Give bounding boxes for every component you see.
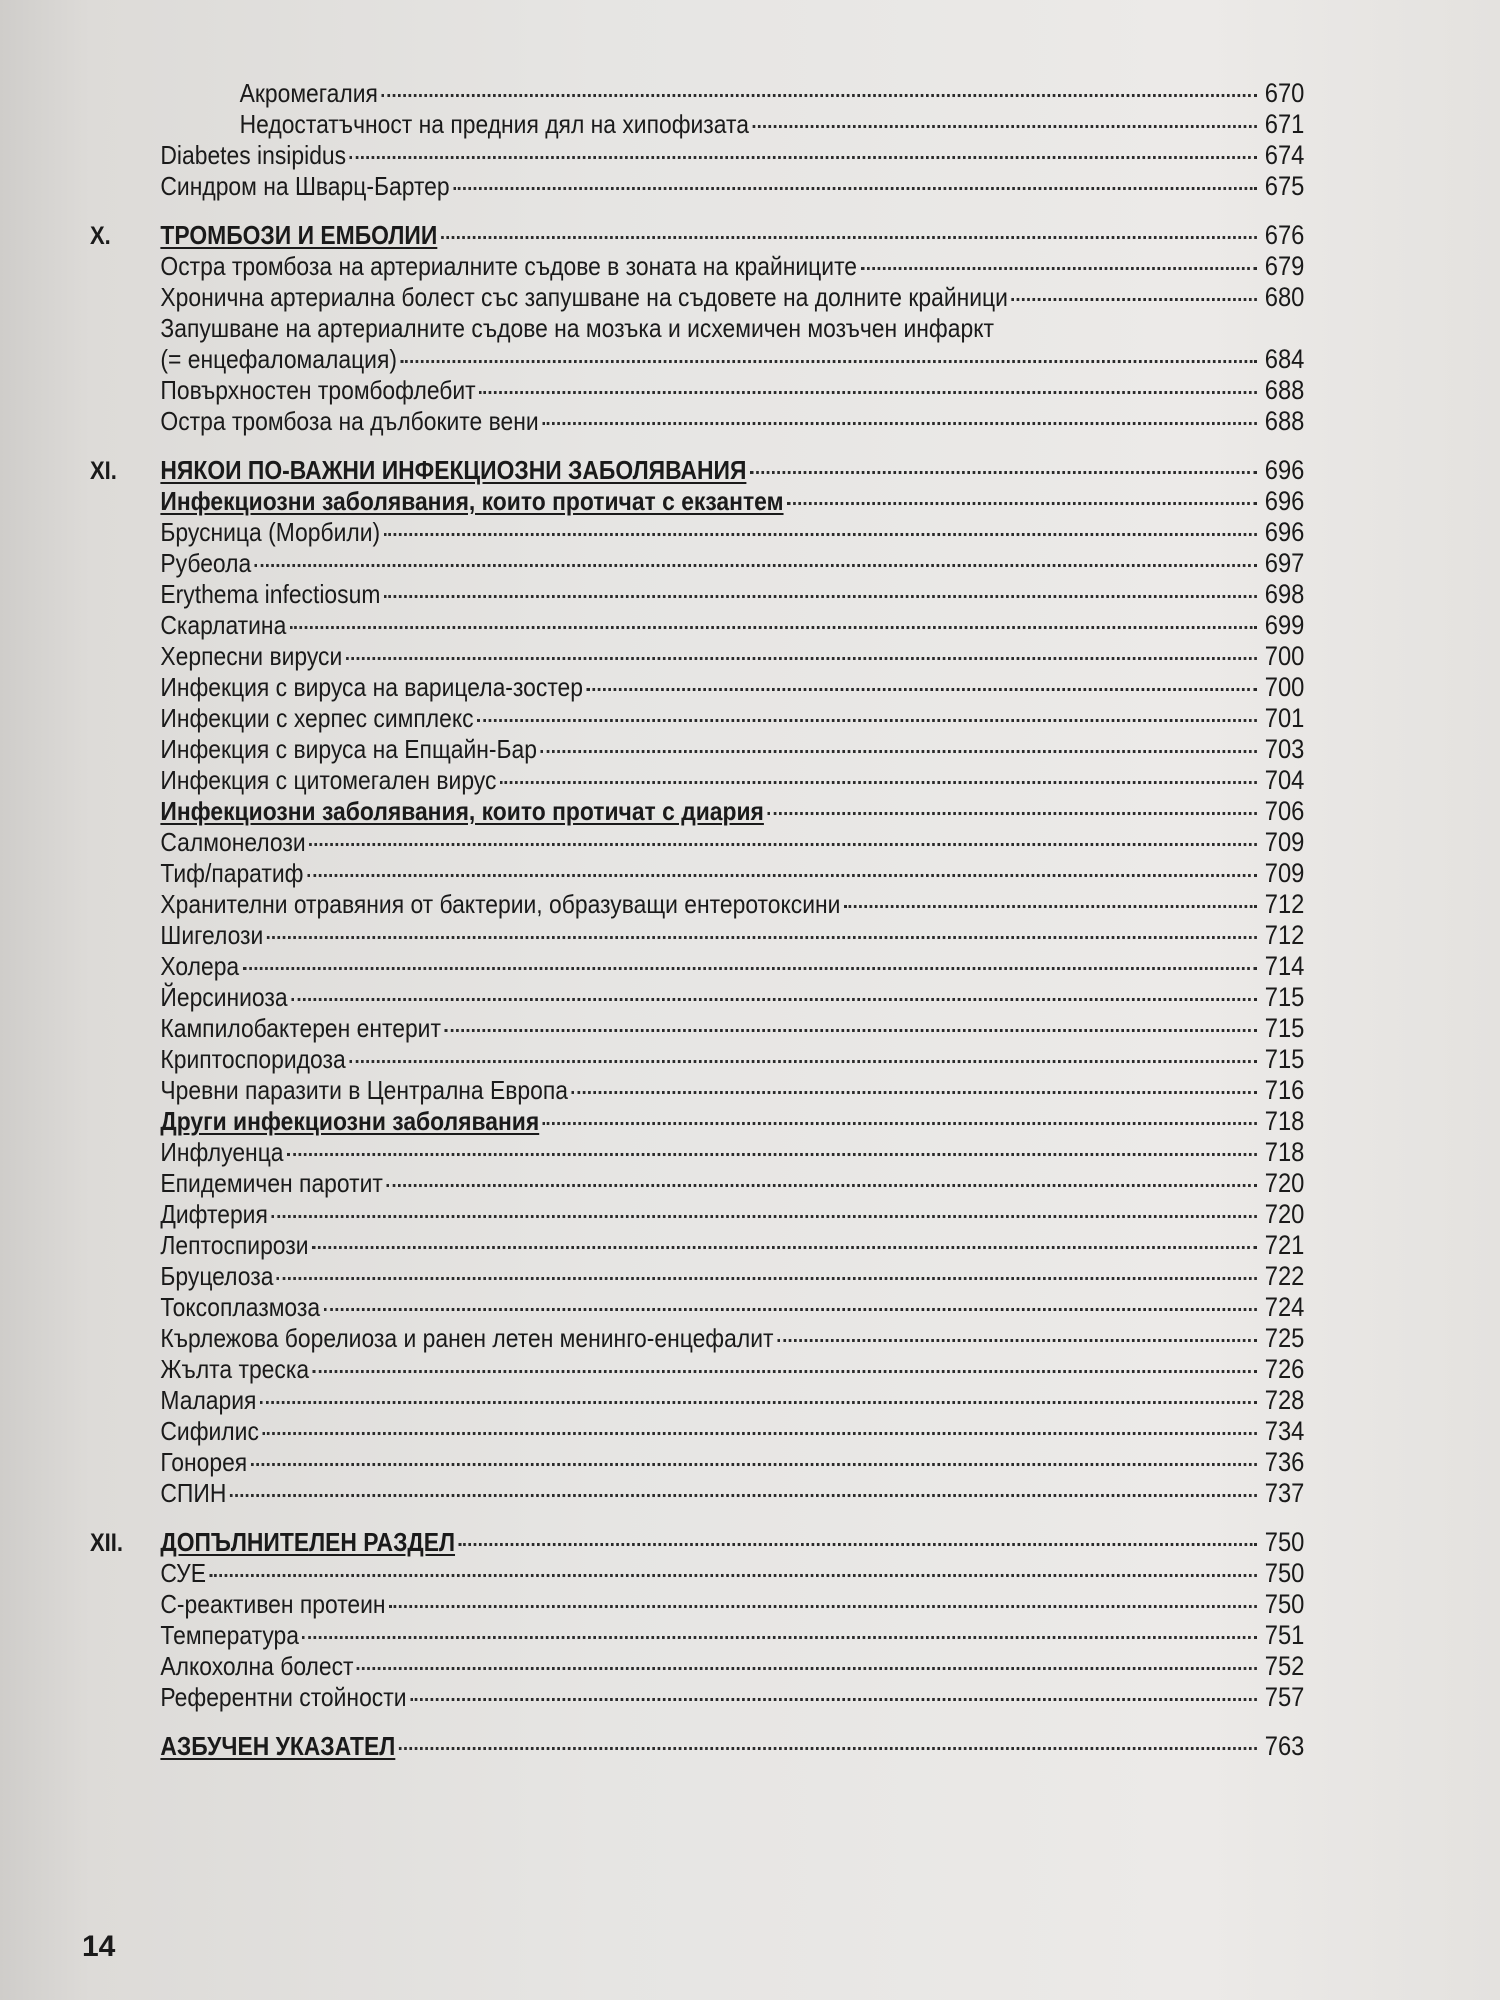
toc-entry[interactable]: Температура751 bbox=[90, 1620, 1304, 1651]
toc-entry[interactable]: Недостатъчност на предния дял на хипофиз… bbox=[90, 109, 1304, 140]
entry-page-number: 750 bbox=[1260, 1589, 1304, 1620]
entry-title: Синдром на Шварц-Бартер bbox=[160, 171, 449, 202]
toc-entry[interactable]: Гонорея736 bbox=[90, 1447, 1304, 1478]
dot-leader bbox=[209, 1574, 1256, 1577]
dot-leader bbox=[750, 471, 1257, 474]
entry-page-number: 720 bbox=[1260, 1168, 1304, 1199]
entry-page-number: 751 bbox=[1260, 1620, 1304, 1651]
toc-entry[interactable]: СУЕ750 bbox=[90, 1558, 1304, 1589]
entry-title: Криптоспоридоза bbox=[160, 1044, 345, 1075]
toc-section-heading[interactable]: X.ТРОМБОЗИ И ЕМБОЛИИ676 bbox=[90, 220, 1304, 251]
entry-title: Инфекция с вируса на варицела-зостер bbox=[160, 672, 583, 703]
dot-leader bbox=[459, 1543, 1257, 1546]
entry-page-number: 688 bbox=[1260, 375, 1304, 406]
toc-entry[interactable]: Дифтерия720 bbox=[90, 1199, 1304, 1230]
entry-page-number: 700 bbox=[1260, 641, 1304, 672]
entry-title: Инфекции с херпес симплекс bbox=[160, 703, 473, 734]
dot-leader bbox=[453, 187, 1257, 190]
dot-leader bbox=[349, 1060, 1257, 1063]
toc-entry[interactable]: Кампилобактерен ентерит715 bbox=[90, 1013, 1304, 1044]
entry-title: Акромегалия bbox=[160, 78, 377, 109]
toc-entry[interactable]: Жълта треска726 bbox=[90, 1354, 1304, 1385]
entry-page-number: 752 bbox=[1260, 1651, 1304, 1682]
entry-title: Жълта треска bbox=[160, 1354, 309, 1385]
entry-page-number: 671 bbox=[1260, 109, 1304, 140]
entry-title: Херпесни вируси bbox=[160, 641, 342, 672]
toc-entry[interactable]: Лептоспирози721 bbox=[90, 1230, 1304, 1261]
dot-leader bbox=[324, 1308, 1257, 1311]
entry-title: Хронична артериална болест със запушване… bbox=[160, 282, 1008, 313]
toc-entry[interactable]: Остра тромбоза на артериалните съдове в … bbox=[90, 251, 1304, 282]
entry-page-number: 724 bbox=[1260, 1292, 1304, 1323]
dot-leader bbox=[267, 936, 1257, 939]
toc-entry[interactable]: Erythema infectiosum698 bbox=[90, 579, 1304, 610]
entry-page-number: 720 bbox=[1260, 1199, 1304, 1230]
toc-entry[interactable]: Токсоплазмоза724 bbox=[90, 1292, 1304, 1323]
entry-title: Лептоспирози bbox=[160, 1230, 308, 1261]
entry-page-number: 696 bbox=[1260, 517, 1304, 548]
entry-page-number: 680 bbox=[1260, 282, 1304, 313]
entry-page-number: 675 bbox=[1260, 171, 1304, 202]
entry-page-number: 698 bbox=[1260, 579, 1304, 610]
toc-entry[interactable]: Инфекция с вируса на варицела-зостер700 bbox=[90, 672, 1304, 703]
dot-leader bbox=[500, 781, 1257, 784]
dot-leader bbox=[384, 595, 1257, 598]
entry-title: Инфекциозни заболявания, които протичат … bbox=[160, 796, 764, 827]
entry-page-number: 684 bbox=[1260, 344, 1304, 375]
entry-page-number: 712 bbox=[1260, 889, 1304, 920]
entry-title: Бруцелоза bbox=[160, 1261, 273, 1292]
table-of-contents: Акромегалия670Недостатъчност на предния … bbox=[90, 78, 1410, 1762]
dot-leader bbox=[309, 843, 1257, 846]
entry-title: Тиф/паратиф bbox=[160, 858, 303, 889]
toc-entry[interactable]: С-реактивен протеин750 bbox=[90, 1589, 1304, 1620]
entry-page-number: 709 bbox=[1260, 858, 1304, 889]
toc-entry[interactable]: Повърхностен тромбофлебит688 bbox=[90, 375, 1304, 406]
entry-title: Малария bbox=[160, 1385, 256, 1416]
dot-leader bbox=[260, 1401, 1257, 1404]
dot-leader bbox=[287, 1153, 1257, 1156]
dot-leader bbox=[291, 998, 1257, 1001]
entry-page-number: 709 bbox=[1260, 827, 1304, 858]
entry-title: Референтни стойности bbox=[160, 1682, 406, 1713]
toc-entry[interactable]: СПИН737 bbox=[90, 1478, 1304, 1509]
entry-page-number: 688 bbox=[1260, 406, 1304, 437]
dot-leader bbox=[861, 267, 1257, 270]
toc-subheading[interactable]: Други инфекциозни заболявания718 bbox=[90, 1106, 1304, 1137]
entry-title: Сифилис bbox=[160, 1416, 258, 1447]
entry-page-number: 734 bbox=[1260, 1416, 1304, 1447]
toc-entry[interactable]: Инфекции с херпес симплекс701 bbox=[90, 703, 1304, 734]
dot-leader bbox=[787, 502, 1257, 505]
entry-title: Епидемичен паротит bbox=[160, 1168, 382, 1199]
entry-title: Инфлуенца bbox=[160, 1137, 283, 1168]
dot-leader bbox=[384, 533, 1257, 536]
entry-page-number: 674 bbox=[1260, 140, 1304, 171]
section-number: XII. bbox=[90, 1528, 160, 1559]
toc-entry[interactable]: Референтни стойности757 bbox=[90, 1682, 1304, 1713]
toc-entry[interactable]: Алкохолна болест752 bbox=[90, 1651, 1304, 1682]
entry-title: СПИН bbox=[160, 1478, 226, 1509]
entry-title: Брусница (Морбили) bbox=[160, 517, 380, 548]
toc-entry[interactable]: Чревни паразити в Централна Европа716 bbox=[90, 1075, 1304, 1106]
toc-entry[interactable]: Тиф/паратиф709 bbox=[90, 858, 1304, 889]
entry-page-number: 676 bbox=[1260, 220, 1304, 251]
dot-leader bbox=[753, 125, 1257, 128]
book-page: Акромегалия670Недостатъчност на предния … bbox=[0, 0, 1500, 2000]
toc-entry[interactable]: Инфекция с вируса на Епщайн-Бар703 bbox=[90, 734, 1304, 765]
entry-page-number: 757 bbox=[1260, 1682, 1304, 1713]
section-number: XI. bbox=[90, 456, 160, 487]
entry-page-number: 696 bbox=[1260, 486, 1304, 517]
dot-leader bbox=[312, 1246, 1257, 1249]
entry-title: ДОПЪЛНИТЕЛЕН РАЗДЕЛ bbox=[160, 1527, 455, 1558]
entry-page-number: 725 bbox=[1260, 1323, 1304, 1354]
entry-title: Шигелози bbox=[160, 920, 263, 951]
toc-section-heading[interactable]: XI.НЯКОИ ПО-ВАЖНИ ИНФЕКЦИОЗНИ ЗАБОЛЯВАНИ… bbox=[90, 455, 1304, 486]
entry-page-number: 763 bbox=[1260, 1731, 1304, 1762]
dot-leader bbox=[399, 1747, 1257, 1750]
toc-entry[interactable]: Скарлатина699 bbox=[90, 610, 1304, 641]
dot-leader bbox=[243, 967, 1257, 970]
entry-title: Хранителни отравяния от бактерии, образу… bbox=[160, 889, 840, 920]
entry-title: ТРОМБОЗИ И ЕМБОЛИИ bbox=[160, 220, 437, 251]
dot-leader bbox=[444, 1029, 1256, 1032]
entry-title: СУЕ bbox=[160, 1558, 206, 1589]
section-gap bbox=[90, 1713, 1410, 1731]
dot-leader bbox=[350, 156, 1257, 159]
toc-subheading[interactable]: Инфекциозни заболявания, които протичат … bbox=[90, 796, 1304, 827]
dot-leader bbox=[542, 422, 1257, 425]
dot-leader bbox=[307, 874, 1257, 877]
toc-entry[interactable]: Криптоспоридоза715 bbox=[90, 1044, 1304, 1075]
dot-leader bbox=[277, 1277, 1257, 1280]
entry-title: (= енцефаломалация) bbox=[160, 344, 397, 375]
entry-page-number: 670 bbox=[1260, 78, 1304, 109]
toc-entry[interactable]: Салмонелози709 bbox=[90, 827, 1304, 858]
section-gap bbox=[90, 437, 1410, 455]
dot-leader bbox=[303, 1636, 1257, 1639]
toc-entry[interactable]: Синдром на Шварц-Бартер675 bbox=[90, 171, 1304, 202]
entry-title: Салмонелози bbox=[160, 827, 305, 858]
entry-page-number: 728 bbox=[1260, 1385, 1304, 1416]
entry-title: С-реактивен протеин bbox=[160, 1589, 385, 1620]
entry-title: АЗБУЧЕН УКАЗАТЕЛ bbox=[160, 1731, 395, 1762]
section-gap bbox=[90, 202, 1410, 220]
page-number: 14 bbox=[82, 1930, 115, 1964]
dot-leader bbox=[357, 1667, 1257, 1670]
toc-section-heading[interactable]: XII.ДОПЪЛНИТЕЛЕН РАЗДЕЛ750 bbox=[90, 1527, 1304, 1558]
dot-leader bbox=[262, 1432, 1256, 1435]
toc-entry[interactable]: Йерсиниоза715 bbox=[90, 982, 1304, 1013]
toc-entry[interactable]: Шигелози712 bbox=[90, 920, 1304, 951]
section-gap bbox=[90, 1509, 1410, 1527]
entry-title: Кампилобактерен ентерит bbox=[160, 1013, 441, 1044]
dot-leader bbox=[255, 564, 1257, 567]
entry-title: Инфекция с вируса на Епщайн-Бар bbox=[160, 734, 537, 765]
entry-page-number: 697 bbox=[1260, 548, 1304, 579]
toc-entry[interactable]: Брусница (Морбили)696 bbox=[90, 517, 1304, 548]
toc-entry[interactable]: Малария728 bbox=[90, 1385, 1304, 1416]
entry-title: Йерсиниоза bbox=[160, 982, 287, 1013]
entry-page-number: 704 bbox=[1260, 765, 1304, 796]
entry-page-number: 726 bbox=[1260, 1354, 1304, 1385]
entry-page-number: 696 bbox=[1260, 455, 1304, 486]
entry-page-number: 679 bbox=[1260, 251, 1304, 282]
entry-title: Гонорея bbox=[160, 1447, 247, 1478]
entry-page-number: 701 bbox=[1260, 703, 1304, 734]
entry-title: Недостатъчност на предния дял на хипофиз… bbox=[160, 109, 749, 140]
toc-entry[interactable]: (= енцефаломалация)684 bbox=[90, 344, 1304, 375]
entry-title: Рубеола bbox=[160, 548, 251, 579]
dot-leader bbox=[441, 236, 1257, 239]
dot-leader bbox=[230, 1494, 1257, 1497]
entry-page-number: 718 bbox=[1260, 1106, 1304, 1137]
entry-page-number: 716 bbox=[1260, 1075, 1304, 1106]
entry-title: Чревни паразити в Централна Европа bbox=[160, 1075, 568, 1106]
toc-subheading[interactable]: Инфекциозни заболявания, които протичат … bbox=[90, 486, 1304, 517]
dot-leader bbox=[381, 94, 1256, 97]
toc-entry[interactable]: Хранителни отравяния от бактерии, образу… bbox=[90, 889, 1304, 920]
dot-leader bbox=[767, 812, 1256, 815]
toc-entry[interactable]: Епидемичен паротит720 bbox=[90, 1168, 1304, 1199]
entry-title: Остра тромбоза на дълбоките вени bbox=[160, 406, 538, 437]
dot-leader bbox=[777, 1339, 1257, 1342]
dot-leader bbox=[541, 750, 1257, 753]
dot-leader bbox=[346, 657, 1257, 660]
entry-title: Erythema infectiosum bbox=[160, 579, 380, 610]
entry-page-number: 737 bbox=[1260, 1478, 1304, 1509]
entry-title: НЯКОИ ПО-ВАЖНИ ИНФЕКЦИОЗНИ ЗАБОЛЯВАНИЯ bbox=[160, 455, 746, 486]
toc-entry[interactable]: Инфекция с цитомегален вирус704 bbox=[90, 765, 1304, 796]
section-number: X. bbox=[90, 221, 160, 252]
entry-page-number: 736 bbox=[1260, 1447, 1304, 1478]
entry-title: Токсоплазмоза bbox=[160, 1292, 320, 1323]
toc-entry[interactable]: Акромегалия670 bbox=[90, 78, 1304, 109]
toc-entry[interactable]: Херпесни вируси700 bbox=[90, 641, 1304, 672]
toc-entry[interactable]: Остра тромбоза на дълбоките вени688 bbox=[90, 406, 1304, 437]
entry-title: Алкохолна болест bbox=[160, 1651, 353, 1682]
dot-leader bbox=[271, 1215, 1257, 1218]
entry-title: Diabetes insipidus bbox=[160, 140, 346, 171]
entry-page-number: 703 bbox=[1260, 734, 1304, 765]
entry-title: Дифтерия bbox=[160, 1199, 267, 1230]
entry-page-number: 721 bbox=[1260, 1230, 1304, 1261]
entry-page-number: 714 bbox=[1260, 951, 1304, 982]
entry-title: Инфекция с цитомегален вирус bbox=[160, 765, 496, 796]
entry-title: Запушване на артериалните съдове на мозъ… bbox=[160, 313, 994, 344]
dot-leader bbox=[290, 626, 1257, 629]
entry-page-number: 700 bbox=[1260, 672, 1304, 703]
entry-title: Скарлатина bbox=[160, 610, 286, 641]
toc-section-heading[interactable]: АЗБУЧЕН УКАЗАТЕЛ763 bbox=[90, 1731, 1304, 1762]
toc-entry[interactable]: Хронична артериална болест със запушване… bbox=[90, 282, 1304, 313]
dot-leader bbox=[477, 719, 1257, 722]
dot-leader bbox=[410, 1698, 1257, 1701]
dot-leader bbox=[543, 1122, 1257, 1125]
entry-page-number: 706 bbox=[1260, 796, 1304, 827]
toc-entry[interactable]: Бруцелоза722 bbox=[90, 1261, 1304, 1292]
toc-entry[interactable]: Холера714 bbox=[90, 951, 1304, 982]
dot-leader bbox=[313, 1370, 1257, 1373]
dot-leader bbox=[401, 360, 1257, 363]
entry-page-number: 750 bbox=[1260, 1527, 1304, 1558]
toc-entry[interactable]: Кърлежова борелиоза и ранен летен менинг… bbox=[90, 1323, 1304, 1354]
dot-leader bbox=[386, 1184, 1256, 1187]
entry-page-number: 718 bbox=[1260, 1137, 1304, 1168]
entry-title: Кърлежова борелиоза и ранен летен менинг… bbox=[160, 1323, 773, 1354]
dot-leader bbox=[587, 688, 1257, 691]
entry-page-number: 715 bbox=[1260, 1013, 1304, 1044]
dot-leader bbox=[251, 1463, 1257, 1466]
dot-leader bbox=[389, 1605, 1257, 1608]
toc-entry[interactable]: Рубеола697 bbox=[90, 548, 1304, 579]
entry-title: Други инфекциозни заболявания bbox=[160, 1106, 539, 1137]
toc-entry[interactable]: Сифилис734 bbox=[90, 1416, 1304, 1447]
entry-title: Температура bbox=[160, 1620, 299, 1651]
entry-page-number: 712 bbox=[1260, 920, 1304, 951]
toc-entry[interactable]: Запушване на артериалните съдове на мозъ… bbox=[90, 313, 1304, 344]
entry-title: Остра тромбоза на артериалните съдове в … bbox=[160, 251, 857, 282]
entry-page-number: 715 bbox=[1260, 1044, 1304, 1075]
entry-title: Повърхностен тромбофлебит bbox=[160, 375, 475, 406]
toc-entry[interactable]: Инфлуенца718 bbox=[90, 1137, 1304, 1168]
entry-page-number: 699 bbox=[1260, 610, 1304, 641]
toc-entry[interactable]: Diabetes insipidus674 bbox=[90, 140, 1304, 171]
entry-page-number: 722 bbox=[1260, 1261, 1304, 1292]
entry-title: Холера bbox=[160, 951, 239, 982]
dot-leader bbox=[479, 391, 1257, 394]
dot-leader bbox=[844, 905, 1257, 908]
entry-page-number: 715 bbox=[1260, 982, 1304, 1013]
dot-leader bbox=[572, 1091, 1257, 1094]
entry-title: Инфекциозни заболявания, които протичат … bbox=[160, 486, 783, 517]
dot-leader bbox=[1011, 298, 1256, 301]
entry-page-number: 750 bbox=[1260, 1558, 1304, 1589]
